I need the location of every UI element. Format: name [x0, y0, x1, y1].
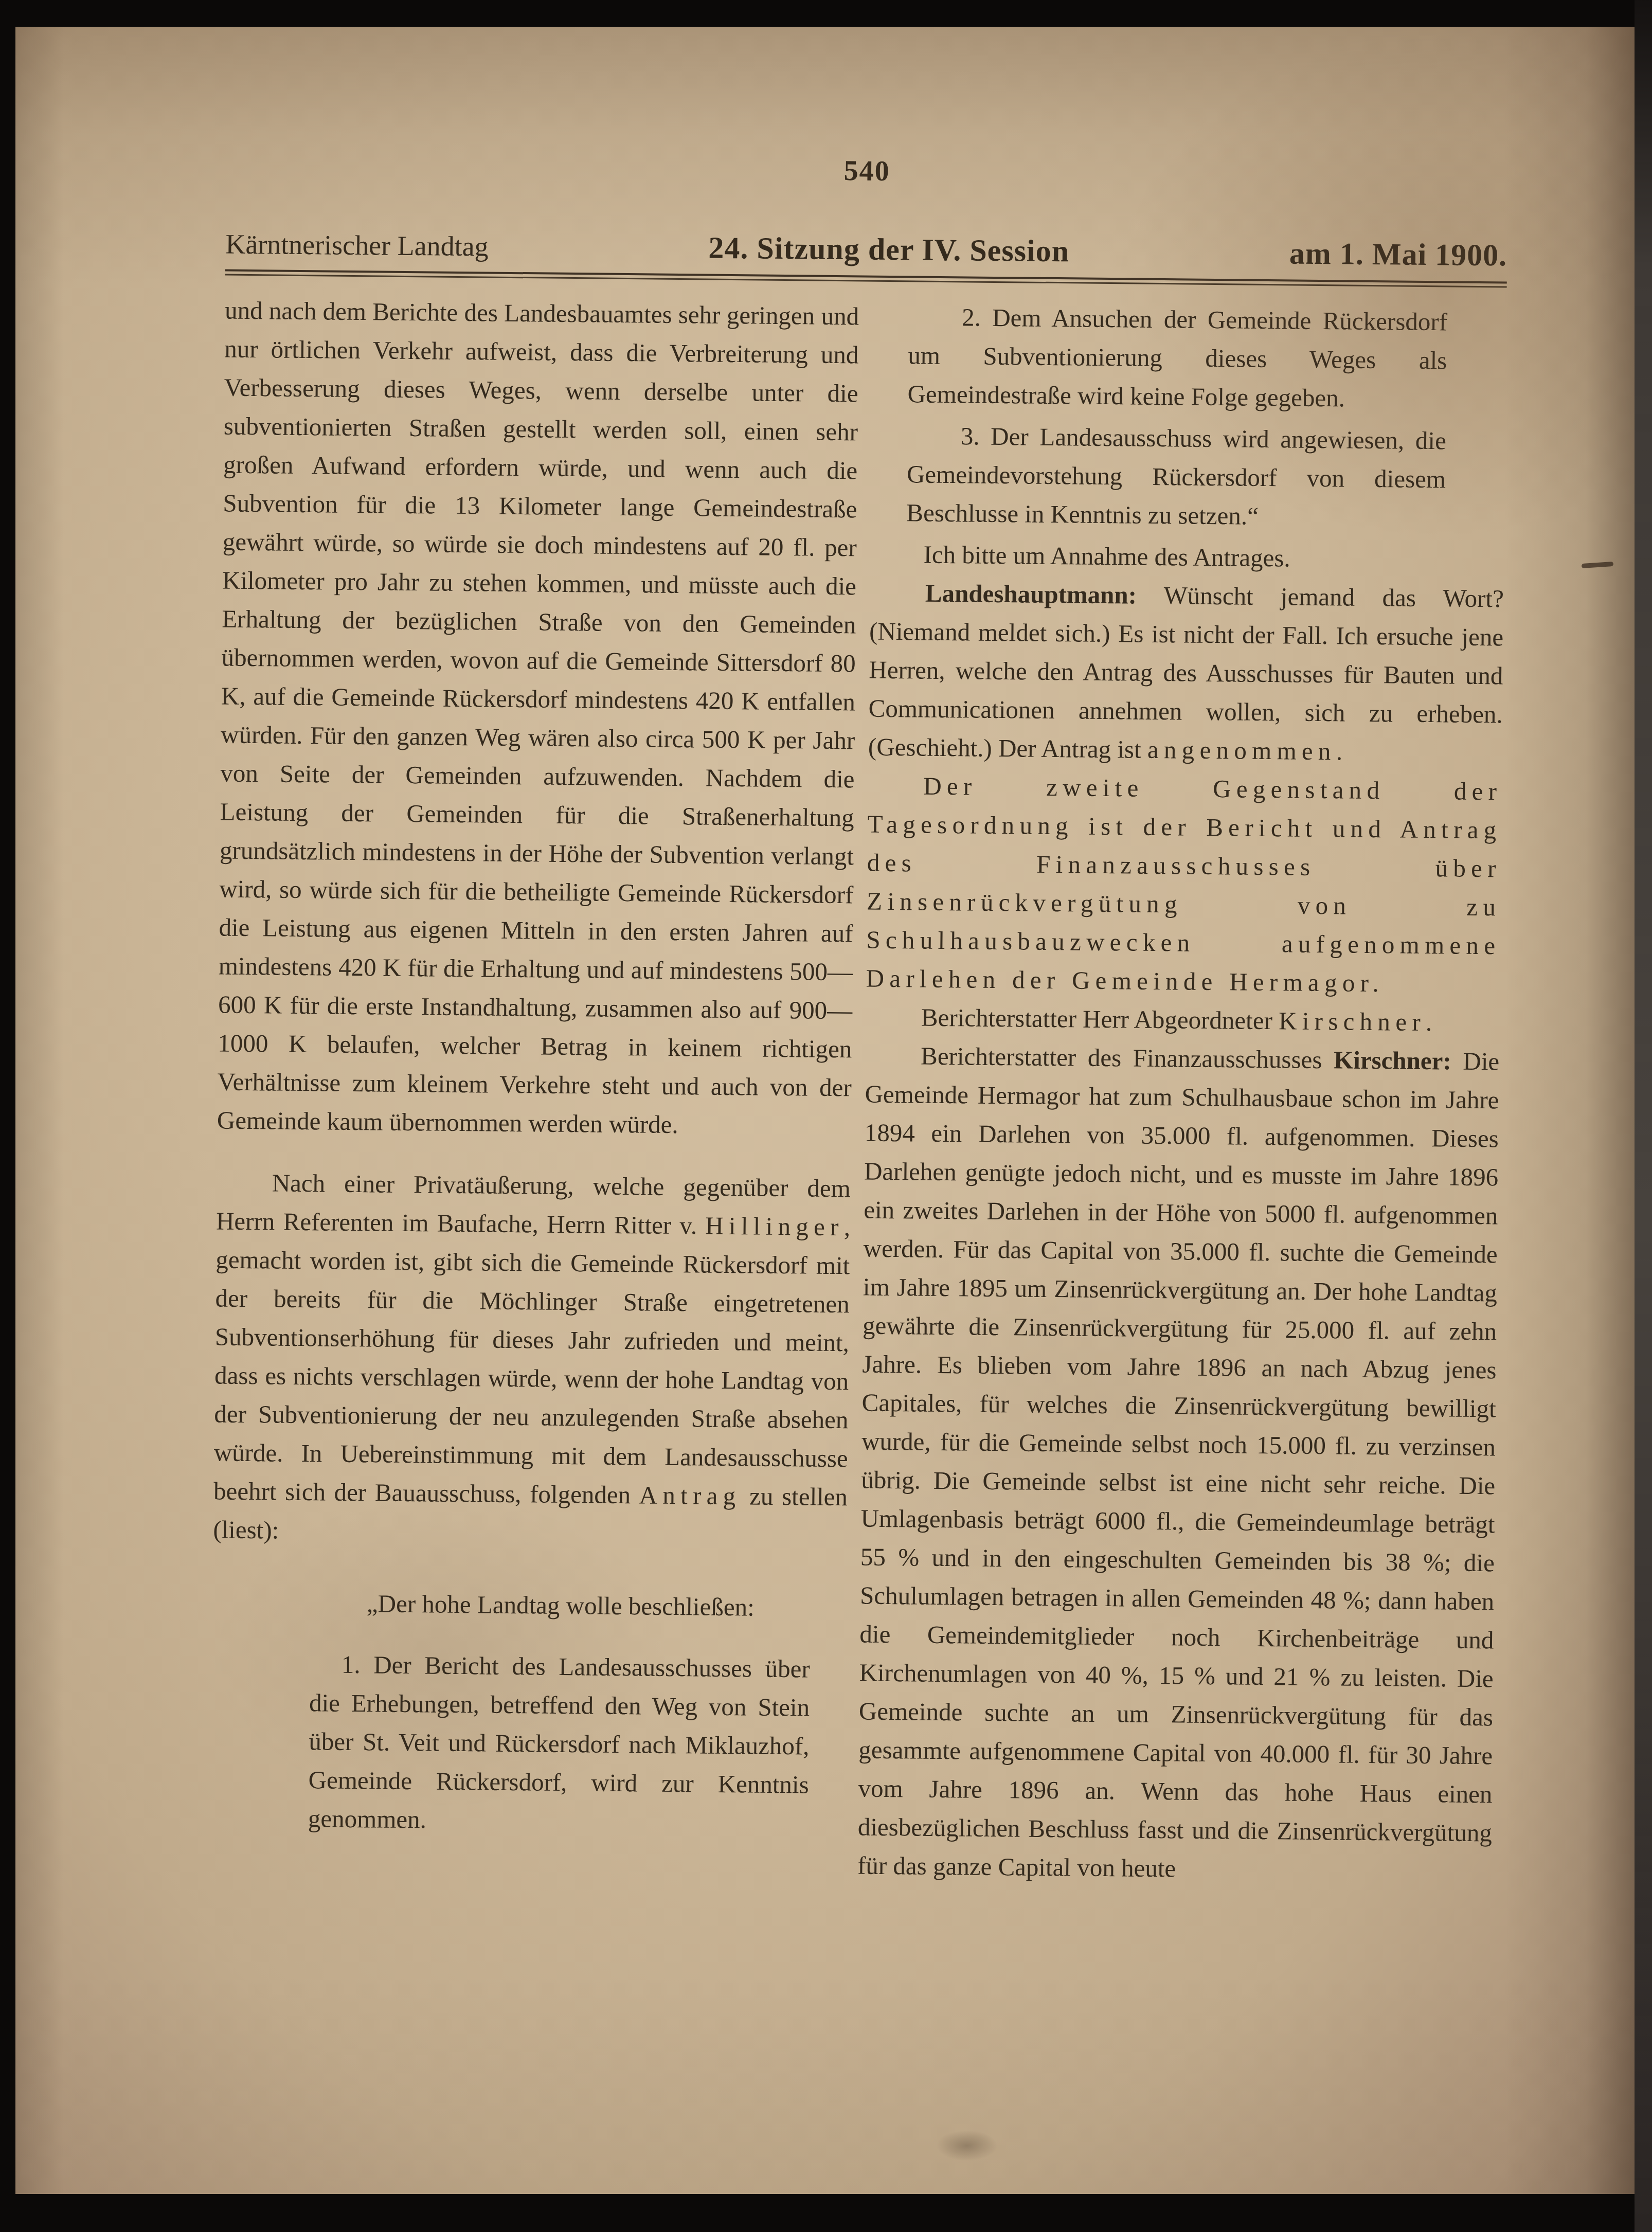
running-header: Kärntnerischer Landtag 24. Sitzung der I… — [225, 226, 1507, 274]
document-page: 540 Kärntnerischer Landtag 24. Sitzung d… — [15, 27, 1635, 2194]
text-column-right: 2. Dem Ansuchen der Gemeinde Rückersdorf… — [857, 297, 1507, 1891]
paragraph-right-7: Berichterstatter des Finanzausschusses K… — [857, 1036, 1500, 1891]
paragraph-right-2: 3. Der Landesausschuss wird angewiesen, … — [906, 416, 1446, 537]
header-session-title: 24. Sitzung der IV. Session — [708, 230, 1069, 269]
speaker-name: Landeshauptmann: — [925, 579, 1137, 609]
emphasized-text: Kirschner — [1279, 1006, 1426, 1036]
speaker-name: Kirschner: — [1334, 1046, 1451, 1075]
body-text: und nach dem Berichte des Landesbauamtes… — [217, 296, 859, 1139]
text-columns: und nach dem Berichte des Landesbauamtes… — [210, 291, 1507, 1891]
text-column-left: und nach dem Berichte des Landesbauamtes… — [210, 291, 859, 1885]
page-number: 540 — [226, 150, 1508, 193]
scan-background: 540 Kärntnerischer Landtag 24. Sitzung d… — [0, 0, 1652, 2232]
header-assembly-title: Kärntnerischer Landtag — [225, 228, 489, 263]
paragraph-right-1: 2. Dem Ansuchen der Gemeinde Rückersdorf… — [907, 297, 1447, 418]
body-text: 2. Dem Ansuchen der Gemeinde Rückersdorf… — [907, 303, 1447, 412]
body-text: Berichterstatter Herr Abgeordneter — [921, 1003, 1279, 1035]
body-text: 1. Der Bericht des Landesausschusses übe… — [308, 1650, 810, 1834]
body-text: . — [1336, 737, 1343, 765]
body-text: . — [1426, 1008, 1432, 1036]
paragraph-left-2: Nach einer Privatäußerung, welche gegenü… — [213, 1163, 851, 1555]
paragraph-right-6: Berichterstatter Herr Abgeordneter Kirsc… — [866, 998, 1500, 1042]
paragraph-left-1: und nach dem Berichte des Landesbauamtes… — [217, 291, 859, 1146]
emphasized-text: angenommen — [1147, 735, 1336, 766]
body-text: Berichterstatter des Finanzausschusses — [921, 1042, 1334, 1074]
body-text: , gemacht worden ist, gibt sich die Geme… — [213, 1213, 851, 1509]
paragraph-right-5: Der zweite Gegenstand der Tagesordnung i… — [866, 766, 1502, 1004]
scan-right-gutter — [1635, 0, 1652, 2232]
paragraph-left-4: 1. Der Bericht des Landesausschusses übe… — [308, 1645, 811, 1842]
body-text: 3. Der Landesausschuss wird angewiesen, … — [906, 422, 1446, 530]
emphasized-text: Antrag — [639, 1481, 741, 1510]
paragraph-right-4: Landeshauptmann: Wünscht jemand das Wort… — [868, 573, 1504, 772]
emphasized-text: Der zweite Gegenstand der Tagesordnung i… — [866, 772, 1502, 998]
body-text: Ich bitte um Annahme des Antrages. — [923, 541, 1290, 572]
emphasized-text: Hillinger — [705, 1212, 844, 1241]
paragraph-left-3: „Der hohe Landtag wolle beschließen: — [367, 1584, 847, 1627]
header-date: am 1. Mai 1900. — [1289, 236, 1507, 273]
body-text: „Der hohe Landtag wolle beschließen: — [367, 1589, 755, 1621]
header-double-rule — [225, 269, 1507, 290]
body-text: Die Gemeinde Hermagor hat zum Schulhausb… — [857, 1047, 1500, 1883]
paragraph-right-3: Ich bitte um Annahme des Antrages. — [870, 535, 1504, 580]
page-content: 540 Kärntnerischer Landtag 24. Sitzung d… — [15, 27, 1635, 2194]
